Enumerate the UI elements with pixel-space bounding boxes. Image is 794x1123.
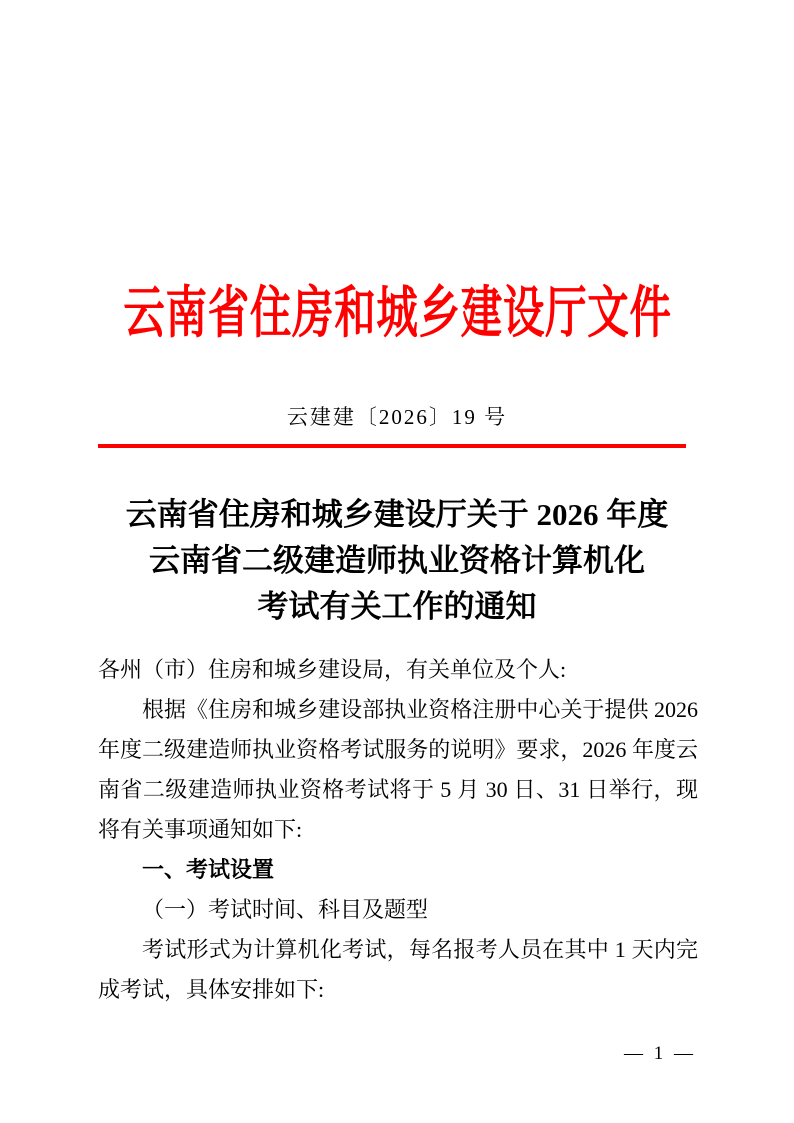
- document-title: 云南省住房和城乡建设厅关于 2026 年度 云南省二级建造师执业资格计算机化 考…: [0, 492, 794, 630]
- document-title-line-2: 云南省二级建造师执业资格计算机化: [0, 538, 794, 584]
- letterhead-banner: 云南省住房和城乡建设厅文件: [0, 278, 794, 364]
- salutation-line: 各州（市）住房和城乡建设局，有关单位及个人:: [98, 650, 698, 690]
- footer-page-number: — 1 —: [624, 1043, 696, 1065]
- paragraph-basis: 根据《住房和城乡建设部执业资格注册中心关于提供 2026 年度二级建造师执业资格…: [98, 690, 698, 850]
- document-title-line-3: 考试有关工作的通知: [0, 584, 794, 630]
- paragraph-exam-form: 考试形式为计算机化考试，每名报考人员在其中 1 天内完成考试，具体安排如下:: [98, 930, 698, 1010]
- section-1-heading: 一、考试设置: [98, 850, 698, 890]
- document-body: 各州（市）住房和城乡建设局，有关单位及个人: 根据《住房和城乡建设部执业资格注册…: [98, 650, 698, 1010]
- red-divider-rule: [98, 444, 686, 448]
- document-title-line-1: 云南省住房和城乡建设厅关于 2026 年度: [0, 492, 794, 538]
- document-reference-number: 云建建〔2026〕19 号: [0, 402, 794, 432]
- official-document-page: 云南省住房和城乡建设厅文件 云建建〔2026〕19 号 云南省住房和城乡建设厅关…: [0, 0, 794, 1123]
- letterhead-title: 云南省住房和城乡建设厅文件: [123, 278, 671, 350]
- subsection-1-1-heading: （一）考试时间、科目及题型: [98, 890, 698, 930]
